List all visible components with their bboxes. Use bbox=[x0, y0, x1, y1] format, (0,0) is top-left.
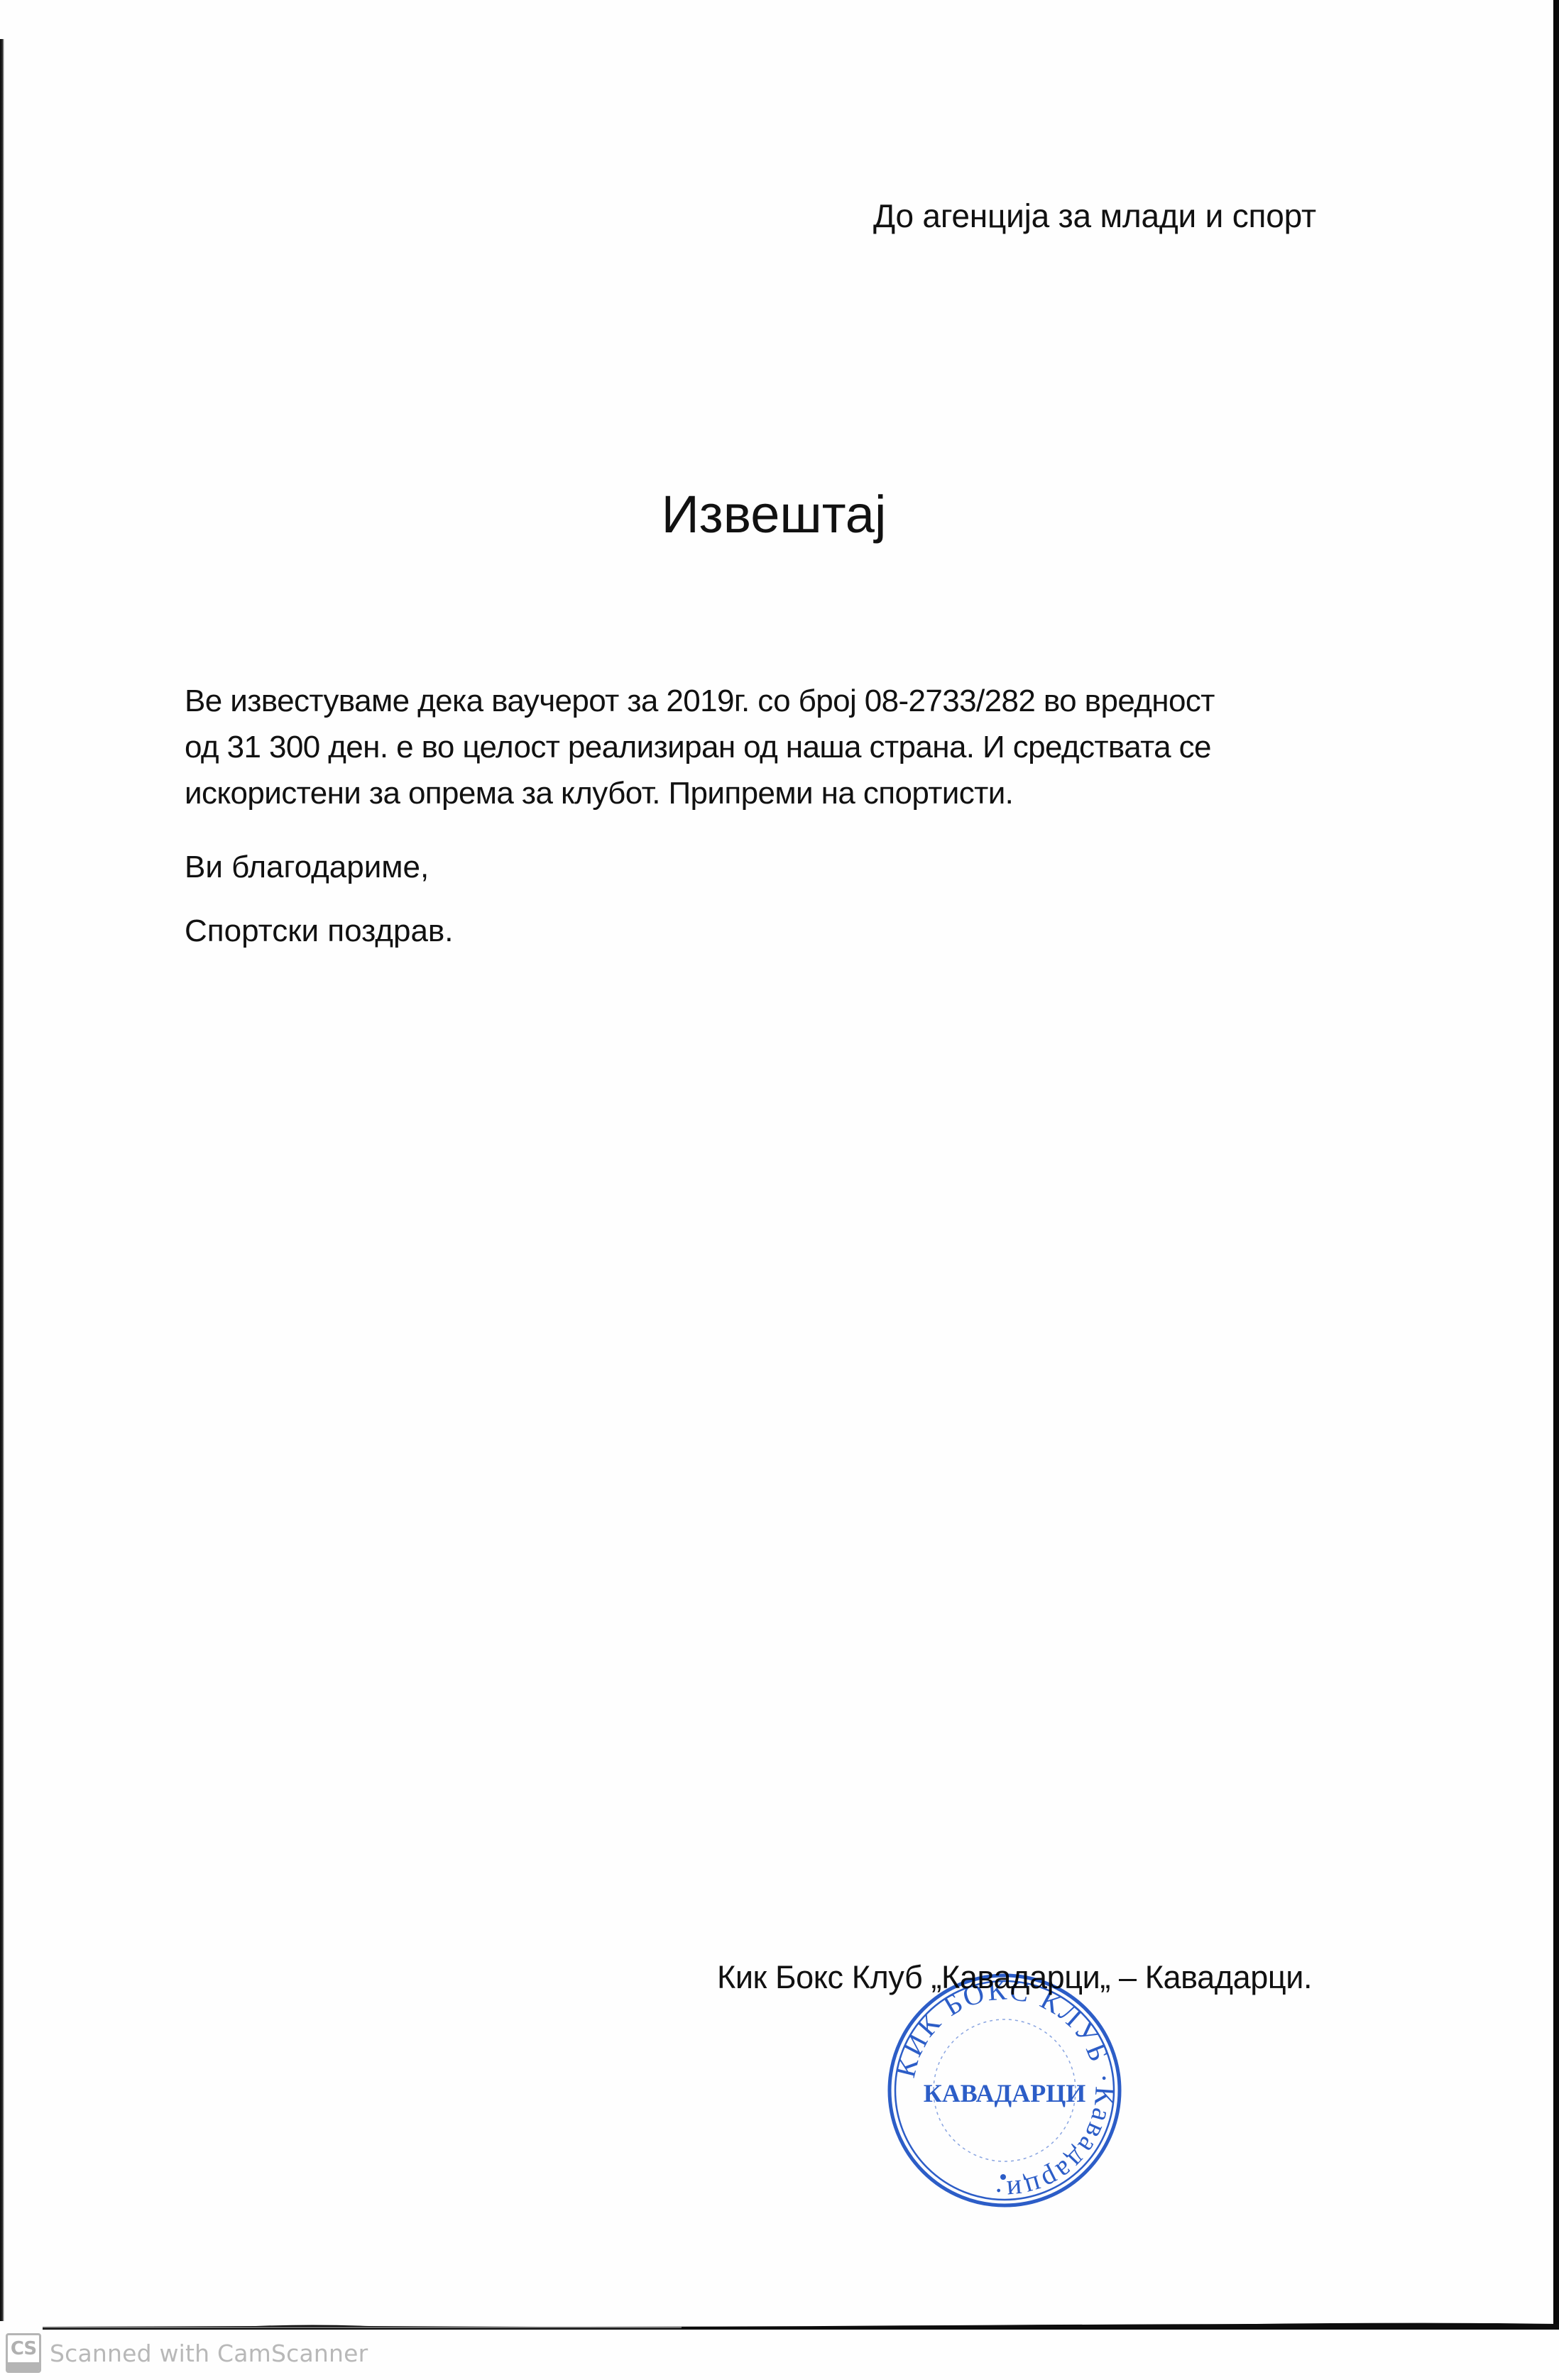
scan-edge-bottom bbox=[43, 2320, 1559, 2330]
document-title: Извештај bbox=[0, 483, 1559, 547]
camscanner-label: Scanned with CamScanner bbox=[50, 2340, 368, 2367]
scanned-page: До агенција за млади и спорт Извештај Ве… bbox=[0, 0, 1559, 2380]
body-line: Ве известуваме дека ваучерот за 2019г. с… bbox=[185, 678, 1377, 724]
closing-regards: Спортски поздрав. bbox=[185, 910, 454, 953]
official-stamp: КИК БОКС КЛУБ ·Кавадарци· КАВАДАРЦИ bbox=[884, 1970, 1125, 2211]
camscanner-logo-text: CS bbox=[8, 2338, 39, 2359]
document-title-text: Извештај bbox=[662, 485, 887, 544]
closing-thanks: Ви благодариме, bbox=[185, 846, 429, 889]
body-paragraph: Ве известуваме дека ваучерот за 2019г. с… bbox=[185, 678, 1377, 816]
stamp-center-text: КАВАДАРЦИ bbox=[924, 2079, 1086, 2107]
body-line: искористени за опрема за клубот. Припрем… bbox=[185, 770, 1377, 816]
scan-edge-right bbox=[1553, 0, 1559, 2330]
camscanner-watermark: CS Scanned with CamScanner bbox=[6, 2332, 368, 2374]
recipient-line: До агенција за млади и спорт bbox=[873, 194, 1316, 237]
body-line: од 31 300 ден. е во целост реализиран од… bbox=[185, 724, 1377, 770]
scan-edge-left bbox=[0, 39, 4, 2321]
stamp-seal-icon: КИК БОКС КЛУБ ·Кавадарци· КАВАДАРЦИ bbox=[884, 1970, 1125, 2211]
camscanner-logo-icon: CS bbox=[6, 2333, 41, 2373]
